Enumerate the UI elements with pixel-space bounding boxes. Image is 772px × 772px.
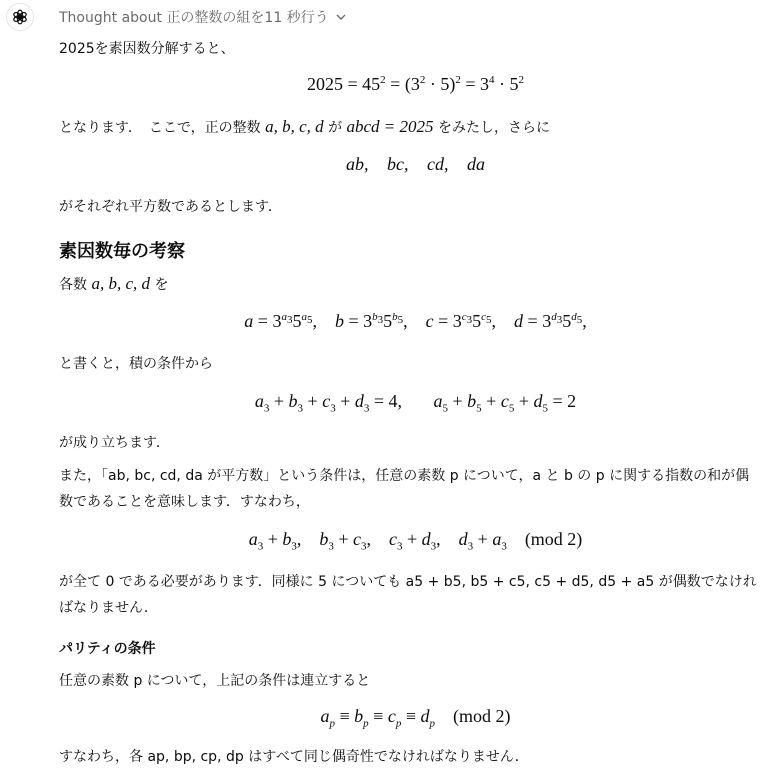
paragraph-9: 任意の素数 p について，上記の条件は連立すると	[59, 668, 370, 694]
paragraph-10: すなわち，各 ap, bp, cp, dp はすべて同じ偶奇性でなければなりませ…	[59, 744, 529, 770]
p2-eq: abcd = 2025	[347, 117, 434, 136]
thought-toggle[interactable]: Thought about 正の整数の組を11 秒行う	[59, 7, 347, 27]
p2-vars: a, b, c, d	[265, 117, 324, 136]
paragraph-5: と書くと，積の条件から	[59, 351, 213, 377]
thought-label: Thought about 正の整数の組を11 秒行う	[59, 7, 329, 27]
paragraph-1: 2025を素因数分解すると、	[59, 36, 235, 62]
p4-suffix: を	[154, 277, 168, 293]
equation-decomposition: a = 3a35a5, b = 3b35b5, c = 3c35c5, d = …	[59, 311, 772, 332]
p2-prefix: となります． ここで，正の整数	[59, 120, 261, 136]
paragraph-7-line-1: また，「ab, bc, cd, da が平方数」という条件は，任意の素数 p に…	[59, 463, 749, 489]
p4-prefix: 各数	[59, 277, 87, 293]
chevron-down-icon	[335, 11, 347, 23]
equation-parity: ap ≡ bp ≡ cp ≡ dp (mod 2)	[59, 706, 772, 730]
equation-mod-3: a3 + b3, b3 + c3, c3 + d3, d3 + a3 (mod …	[59, 529, 772, 553]
paragraph-3: がそれぞれ平方数であるとします．	[59, 194, 282, 220]
assistant-avatar	[6, 3, 34, 31]
paragraph-2: となります． ここで，正の整数 a, b, c, d が abcd = 2025…	[59, 114, 550, 141]
equation-products: ab, bc, cd, da	[59, 154, 772, 175]
paragraph-7-line-2: 数であることを意味します．すなわち，	[59, 489, 310, 515]
paragraph-8-line-1: が全て 0 である必要があります．同様に 5 についても a5 + b5, b5…	[59, 569, 757, 595]
paragraph-4: 各数 a, b, c, d を	[59, 271, 168, 298]
p2-mid: が	[328, 120, 342, 136]
equation-factorization: 2025 = 452 = (32 · 5)2 = 34 · 52	[59, 74, 772, 95]
paragraph-8-line-2: ばなりません．	[59, 595, 158, 621]
paragraph-6: が成り立ちます．	[59, 430, 170, 456]
subsection-heading: パリティの条件	[59, 638, 156, 658]
section-heading: 素因数毎の考察	[59, 237, 185, 263]
p4-vars: a, b, c, d	[91, 274, 150, 293]
equation-sums: a3 + b3 + c3 + d3 = 4, a5 + b5 + c5 + d5…	[59, 391, 772, 415]
openai-logo-icon	[11, 8, 29, 26]
p2-suffix: をみたし，さらに	[438, 120, 550, 136]
